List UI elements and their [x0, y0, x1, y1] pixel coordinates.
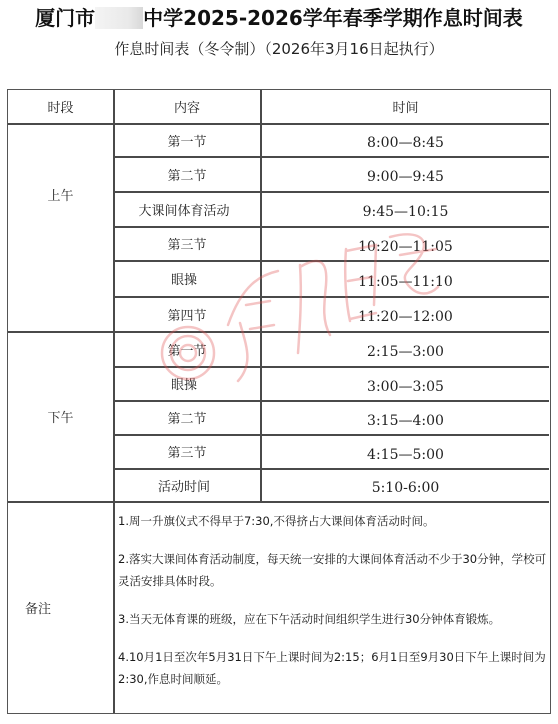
table-row-content: 活动时间: [114, 469, 254, 501]
table-row-content: 第二节: [114, 401, 260, 434]
table-row-content: 第三节: [114, 435, 260, 468]
table-row-time: 2:15—3:00: [262, 332, 549, 366]
table-row-time: 4:15—5:00: [262, 435, 549, 468]
table-row-time: 10:20—11:05: [262, 227, 549, 260]
table-row-time: 11:05—11:10: [262, 261, 549, 296]
table-row-time: 9:45—10:15: [262, 192, 549, 226]
note-item: 1.周一升旗仪式不得早于7:30,不得挤占大课间体育活动时间。: [118, 510, 548, 532]
table-row-content: 第四节: [114, 297, 260, 331]
document-title: 厦门市中学2025-2026学年春季学期作息时间表: [0, 2, 558, 31]
table-row-time: 3:00—3:05: [262, 367, 549, 400]
note-item: 3.当天无体育课的班级，应在下午活动时间组织学生进行30分钟体育锻炼。: [118, 608, 548, 630]
table-row-time: 3:15—4:00: [262, 401, 549, 434]
note-item: 4.10月1日至次年5月31日下午上课时间为2:15；6月1日至9月30日下午上…: [118, 646, 548, 690]
title-suffix: 中学2025-2026学年春季学期作息时间表: [143, 6, 523, 30]
title-prefix: 厦门市: [35, 6, 95, 30]
notes-label: 备注: [8, 502, 68, 713]
table-row-content: 第一节: [114, 332, 260, 366]
header-period: 时段: [8, 90, 113, 123]
period-morning: 上午: [8, 124, 113, 264]
section-divider: [8, 501, 549, 503]
table-row-content: 第二节: [114, 157, 260, 191]
table-row-content: 第三节: [114, 227, 260, 260]
table-row-content: 大课间体育活动: [114, 192, 254, 226]
table-row-time: 8:00—8:45: [262, 124, 549, 156]
note-item: 2.落实大课间体育活动制度，每天统一安排的大课间体育活动不少于30分钟，学校可灵…: [118, 548, 548, 592]
redacted-region: [95, 7, 143, 29]
period-afternoon: 下午: [8, 332, 113, 501]
table-row-content: 第一节: [114, 124, 260, 156]
table-row-time: 5:10-6:00: [262, 469, 549, 501]
notes-content: 1.周一升旗仪式不得早于7:30,不得挤占大课间体育活动时间。 2.落实大课间体…: [118, 510, 548, 706]
document-subtitle: 作息时间表（冬令制）（2026年3月16日起执行）: [0, 38, 558, 59]
table-row-content: 眼操: [114, 261, 254, 296]
table-row-content: 眼操: [114, 367, 254, 400]
header-content: 内容: [114, 90, 260, 123]
table-row-time: 9:00—9:45: [262, 157, 549, 191]
header-time: 时间: [262, 90, 549, 123]
table-row-time: 11:20—12:00: [262, 297, 549, 331]
